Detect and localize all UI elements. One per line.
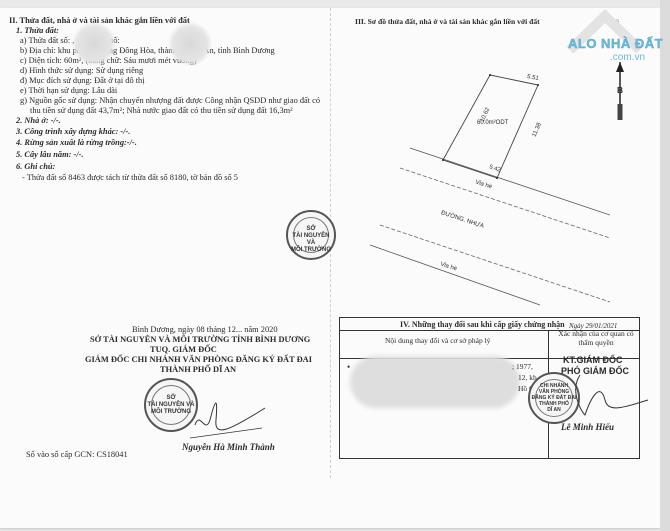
- change-fragment-1: ; 1977,: [512, 362, 533, 372]
- col-content-header: Nội dung thay đổi và cơ sở pháp lý: [385, 336, 490, 346]
- item-forest: 4. Rừng sản xuất là rừng trồng:-/-.: [16, 138, 137, 148]
- signature-scribble: [560, 370, 650, 420]
- seal-text: SỞ: [288, 226, 334, 233]
- land-line-e: e) Thời hạn sử dụng: Lâu dài: [20, 86, 117, 96]
- land-heading: 1. Thửa đất:: [16, 26, 59, 36]
- seal-text: MÔI TRƯỜNG: [146, 409, 196, 416]
- privacy-blur: [168, 22, 212, 66]
- land-line-b: b) Địa chỉ: khu phố , phường Đông Hòa, t…: [20, 46, 275, 56]
- confirm-signer-name: Lê Minh Hiếu: [561, 422, 614, 432]
- official-seal-fold: SỞ TÀI NGUYÊN VÀ MÔI TRƯỜNG: [286, 210, 336, 260]
- changes-table-title: IV. Những thay đổi sau khi cấp giấy chứn…: [400, 320, 565, 330]
- privacy-blur: [72, 22, 116, 66]
- col-confirm-header: Xác nhận của cơ quan có thẩm quyền: [556, 329, 636, 347]
- confirm-title-1: KT.GIÁM ĐỐC: [563, 355, 623, 365]
- bullet: •: [347, 362, 350, 372]
- item-house: 2. Nhà ở: -/-.: [16, 116, 61, 126]
- seal-text: TÀI NGUYÊN VÀ: [146, 402, 196, 409]
- watermark-brand: ALO NHÀ ĐẤT: [568, 36, 663, 51]
- signature-place: THÀNH PHỐ DĨ AN: [160, 365, 236, 375]
- registry-number: Số vào sổ cấp GCN: CS18041: [26, 450, 128, 460]
- north-label: B: [617, 85, 623, 95]
- signature-tuq: TUQ. GIÁM ĐỐC: [150, 345, 217, 355]
- land-line-d: d) Hình thức sử dụng: Sử dụng riêng: [20, 66, 143, 76]
- land-line-g: g) Nguồn gốc sử dụng: Nhận chuyển nhượng…: [20, 96, 320, 106]
- item-notes: 6. Ghi chú:: [16, 162, 55, 172]
- signer-name: Nguyễn Hà Minh Thành: [182, 442, 275, 452]
- signature-date: Bình Dương, ngày 08 tháng 12... năm 2020: [132, 325, 278, 335]
- seal-text: SỞ: [146, 395, 196, 402]
- item-other-works: 3. Công trình xây dựng khác: -/-.: [16, 127, 130, 137]
- item-perennial: 5. Cây lâu năm: -/-.: [16, 150, 83, 160]
- page-edge: [660, 0, 670, 531]
- note-line: - Thửa đất số 8463 được tách từ thửa đất…: [22, 173, 238, 183]
- signature-org: SỞ TÀI NGUYÊN VÀ MÔI TRƯỜNG TỈNH BÌNH DƯ…: [90, 335, 310, 345]
- signature-scribble: [190, 390, 270, 440]
- seal-text: TÀI NGUYÊN VÀ: [288, 233, 334, 247]
- privacy-blur-content: [350, 356, 520, 408]
- land-line-dd: đ) Mục đích sử dụng: Đất ở tại đô thị: [20, 76, 145, 86]
- seal-text: MÔI TRƯỜNG: [288, 247, 334, 254]
- plot-top-edge: 5.51: [526, 72, 539, 84]
- land-line-g2: thu tiền sử dụng đất 43,7m²; Nhà nước gi…: [30, 106, 293, 116]
- section-iii-title: III. Sơ đồ thửa đất, nhà ở và tài sản kh…: [355, 17, 540, 27]
- signature-role: GIÁM ĐỐC CHI NHÁNH VĂN PHÒNG ĐĂNG KÝ ĐẤT…: [85, 355, 312, 365]
